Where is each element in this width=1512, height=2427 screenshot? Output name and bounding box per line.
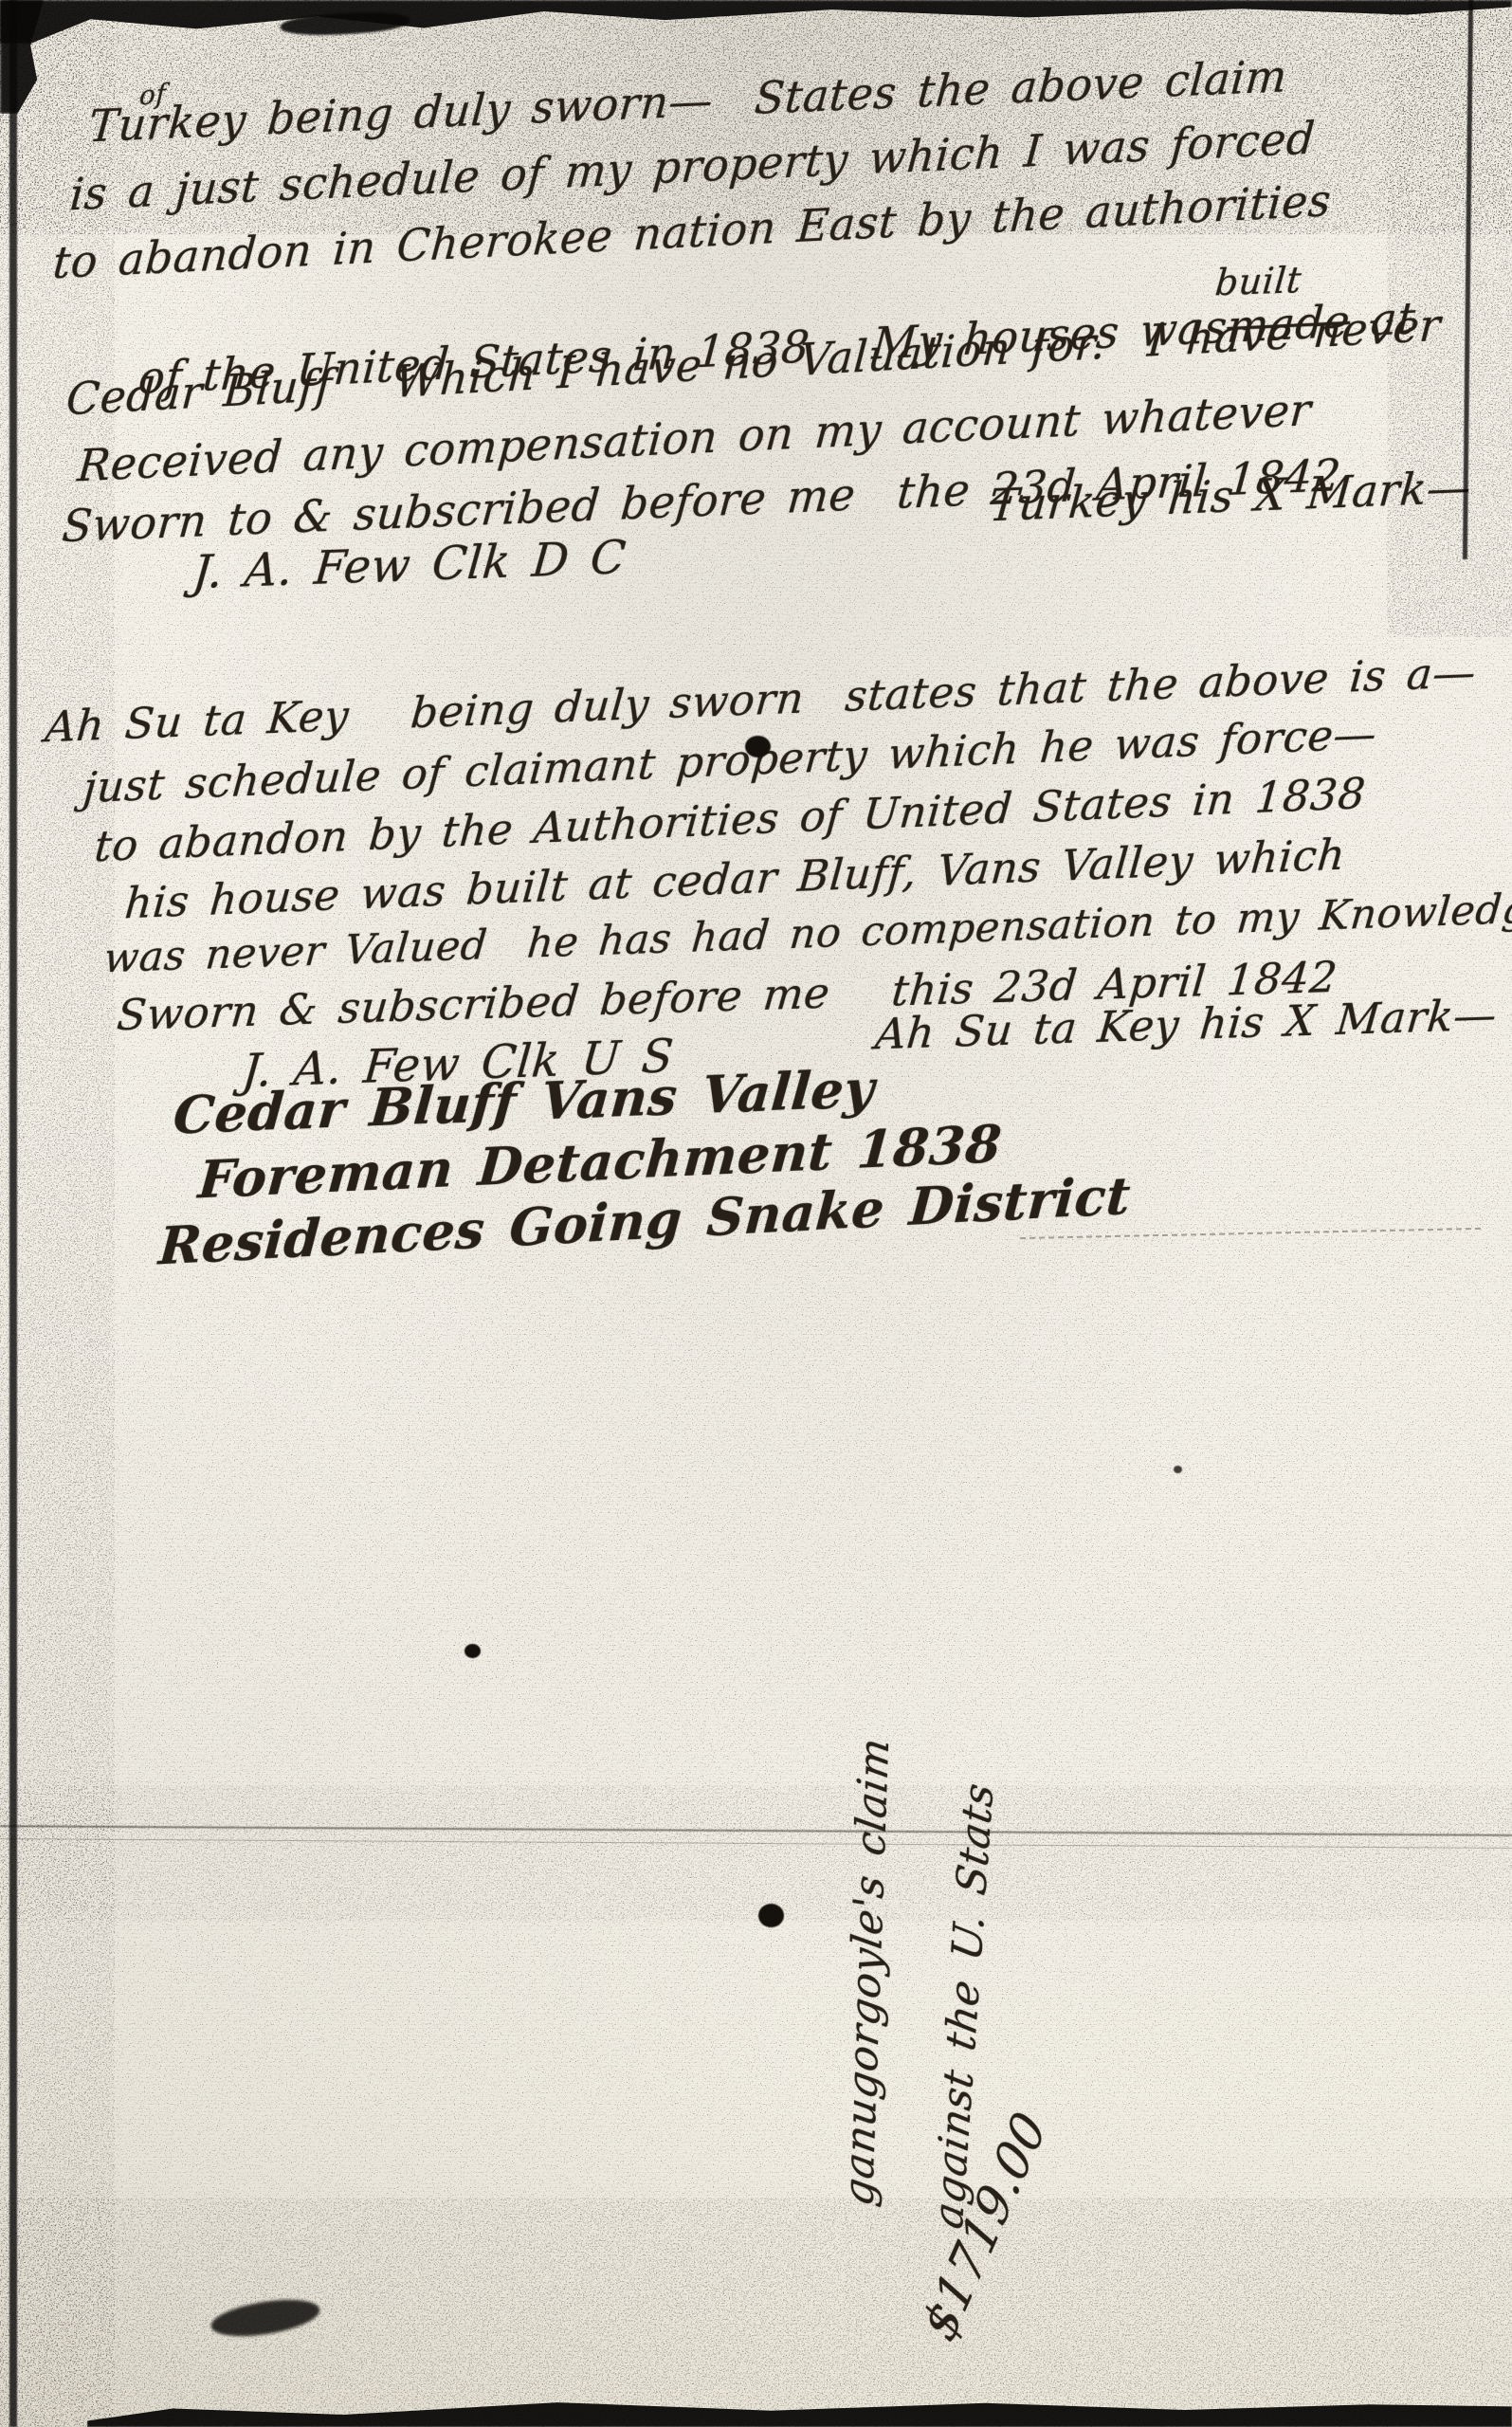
docket-claimant-line: ganugorgoyle's claim xyxy=(834,1735,899,2210)
scan-edge-left-top xyxy=(0,0,44,114)
inserted-word-above-line: built xyxy=(1213,259,1303,303)
scan-edge-left xyxy=(9,0,17,2427)
ink-blot xyxy=(1174,1466,1182,1473)
ink-blot xyxy=(465,1644,481,1658)
fold-crease-main xyxy=(0,1825,1512,1836)
scanned-document-page: of Turkey being duly sworn— States the a… xyxy=(0,0,1512,2427)
scan-edge-top xyxy=(0,0,1512,44)
scan-smudge-bottom-left xyxy=(209,2293,322,2343)
ink-blot xyxy=(758,1904,784,1927)
fold-crease-upper xyxy=(1020,1228,1481,1239)
ink-blot xyxy=(745,736,771,757)
scan-edge-bottom xyxy=(87,2393,1512,2427)
fold-crease-main-echo xyxy=(0,1838,1512,1849)
